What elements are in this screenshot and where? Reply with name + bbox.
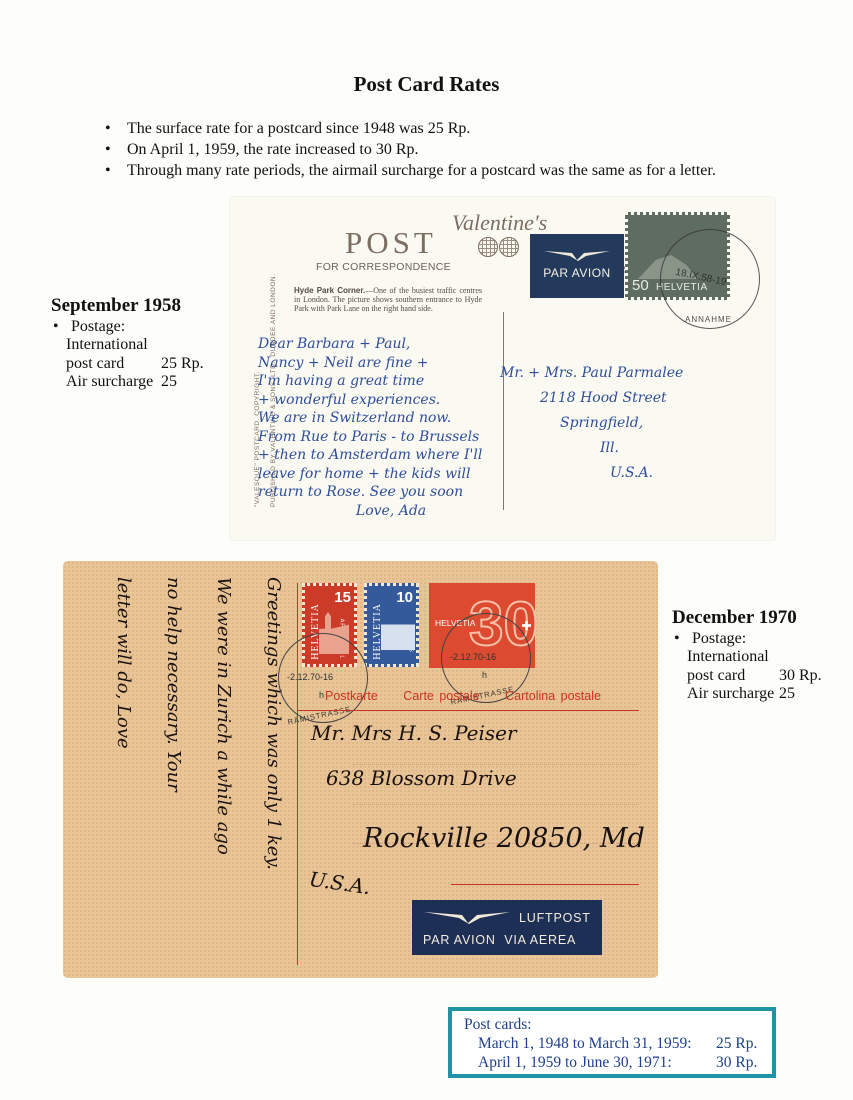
note-bullet: Postage: [51, 318, 204, 337]
message-line: From Rue to Paris - to Brussels [258, 428, 482, 447]
rate-value: 25 Rp. [716, 1034, 757, 1053]
building-icon [381, 616, 415, 650]
stamp-value: 15 [334, 589, 351, 606]
airmail-text: PAR AVION [530, 266, 624, 280]
bird-icon [422, 909, 512, 928]
message-line: no help necessary. Your [163, 577, 184, 792]
airmail-label: LUFTPOST PAR AVION VIA AEREA [412, 900, 602, 955]
note-label: post card [687, 667, 779, 686]
note-line: post card25 Rp. [51, 355, 204, 374]
stamp-value: 50 [632, 277, 649, 294]
note-line: Air surcharge25 [51, 373, 204, 392]
postcard-1958: "VALESQUE" POSTCARD. COPYRIGHT. PUBLISHE… [230, 197, 775, 540]
address-line: 638 Blossom Drive [326, 766, 517, 790]
card-type-de: Postkarte [325, 689, 378, 703]
address-line: U.S.A. [500, 461, 683, 486]
rate-period: April 1, 1959 to June 30, 1971: [478, 1053, 716, 1072]
note-heading: December 1970 [672, 609, 822, 628]
address-line: 2118 Hood Street [500, 386, 683, 411]
note-value: 25 Rp. [161, 355, 204, 374]
postmark-date: 18.IX.58-19 [674, 267, 727, 289]
card-type-it: Cartolina postale [505, 689, 601, 703]
address-line: Ill. [500, 436, 683, 461]
rate-period: March 1, 1948 to March 31, 1959: [478, 1034, 716, 1053]
handwritten-message: Greetings which was only 1 key. We were … [79, 577, 289, 967]
divider [451, 884, 639, 885]
description-title: Hyde Park Corner. [294, 286, 365, 295]
bullet-item: On April 1, 1959, the rate increased to … [105, 139, 716, 160]
globe-icon [478, 237, 520, 262]
message-line: leave for home + the kids will [258, 465, 482, 484]
address-line: U.S.A. [308, 867, 372, 899]
page-title: Post Card Rates [0, 72, 853, 97]
postmark-letter: h [482, 670, 487, 680]
handwritten-address: Mr. + Mrs. Paul Parmalee 2118 Hood Stree… [500, 361, 683, 486]
note-text: International [66, 336, 148, 355]
note-value: 25 [779, 685, 795, 704]
card-type-fr: Carte postale [403, 689, 479, 703]
post-heading: POST [345, 225, 437, 261]
divider [297, 710, 639, 711]
airmail-text: LUFTPOST [519, 911, 591, 925]
postmark-text: ANNAHME [685, 315, 732, 324]
note-heading: September 1958 [51, 297, 204, 316]
note-line: Air surcharge25 [672, 685, 822, 704]
note-text: International [687, 648, 769, 667]
airmail-label: PAR AVION [530, 234, 624, 298]
postmark-date: -2.12.70-16 [287, 672, 333, 682]
postcard-1970: Greetings which was only 1 key. We were … [63, 561, 658, 978]
handwritten-message: Dear Barbara + Paul, Nancy + Neil are fi… [258, 335, 482, 520]
postmark-date: -2.12.70-16 [450, 652, 496, 662]
airmail-text: PAR AVION VIA AEREA [423, 933, 576, 947]
address-line: Mr. Mrs H. S. Peiser [311, 721, 517, 745]
note-december-1970: December 1970 Postage: International pos… [672, 609, 822, 704]
note-line: post card30 Rp. [672, 667, 822, 686]
for-correspondence: FOR CORRESPONDENCE [316, 261, 451, 273]
address-line: Springfield, [500, 411, 683, 436]
message-line: Dear Barbara + Paul, [258, 335, 482, 354]
card-type-label: Postkarte Carte postale Cartolina postal… [325, 689, 621, 703]
message-line: Nancy + Neil are fine + [258, 354, 482, 373]
message-line: + wonderful experiences. [258, 391, 482, 410]
note-label: Air surcharge [687, 685, 779, 704]
stamp-10: 10 HELVETIA NÄFELS [364, 583, 419, 667]
note-september-1958: September 1958 Postage: International po… [51, 297, 204, 392]
intro-bullets: The surface rate for a postcard since 19… [105, 118, 716, 181]
message-line: letter will do, Love [113, 577, 134, 749]
address-line: Rockville 20850, Md [363, 823, 645, 854]
postmark-letter: h [319, 690, 324, 700]
address-rule [353, 764, 639, 765]
address-rule [353, 804, 639, 805]
message-line: Love, Ada [258, 502, 482, 521]
note-bullet: Postage: [672, 630, 822, 649]
rate-row: April 1, 1959 to June 30, 1971: 30 Rp. [464, 1053, 772, 1072]
rate-row: March 1, 1948 to March 31, 1959: 25 Rp. [464, 1034, 772, 1053]
picture-description: Hyde Park Corner.—One of the busiest tra… [294, 286, 482, 313]
postmark: 18.IX.58-19 ANNAHME [660, 229, 760, 329]
stamp-value: 10 [396, 589, 413, 606]
message-line: We are in Switzerland now. [258, 409, 482, 428]
bird-icon [530, 248, 624, 262]
note-value: 25 [161, 373, 177, 392]
message-line: return to Rose. See you soon [258, 483, 482, 502]
message-line: + then to Amsterdam where I'll [258, 446, 482, 465]
bullet-item: The surface rate for a postcard since 19… [105, 118, 716, 139]
publisher-logo: Valentine's [452, 210, 547, 236]
note-label: Air surcharge [66, 373, 161, 392]
address-line: Mr. + Mrs. Paul Parmalee [500, 361, 683, 386]
rates-summary-box: Post cards: March 1, 1948 to March 31, 1… [448, 1007, 776, 1078]
message-line: I'm having a great time [258, 372, 482, 391]
note-label: post card [66, 355, 161, 374]
rate-value: 30 Rp. [716, 1053, 757, 1072]
message-line: Greetings which was only 1 key. [263, 577, 284, 870]
bullet-item: Through many rate periods, the airmail s… [105, 160, 716, 181]
rates-heading: Post cards: [464, 1015, 772, 1034]
note-line: International [672, 648, 822, 667]
message-line: We were in Zurich a while ago [213, 577, 234, 855]
note-line: International [51, 336, 204, 355]
note-value: 30 Rp. [779, 667, 822, 686]
